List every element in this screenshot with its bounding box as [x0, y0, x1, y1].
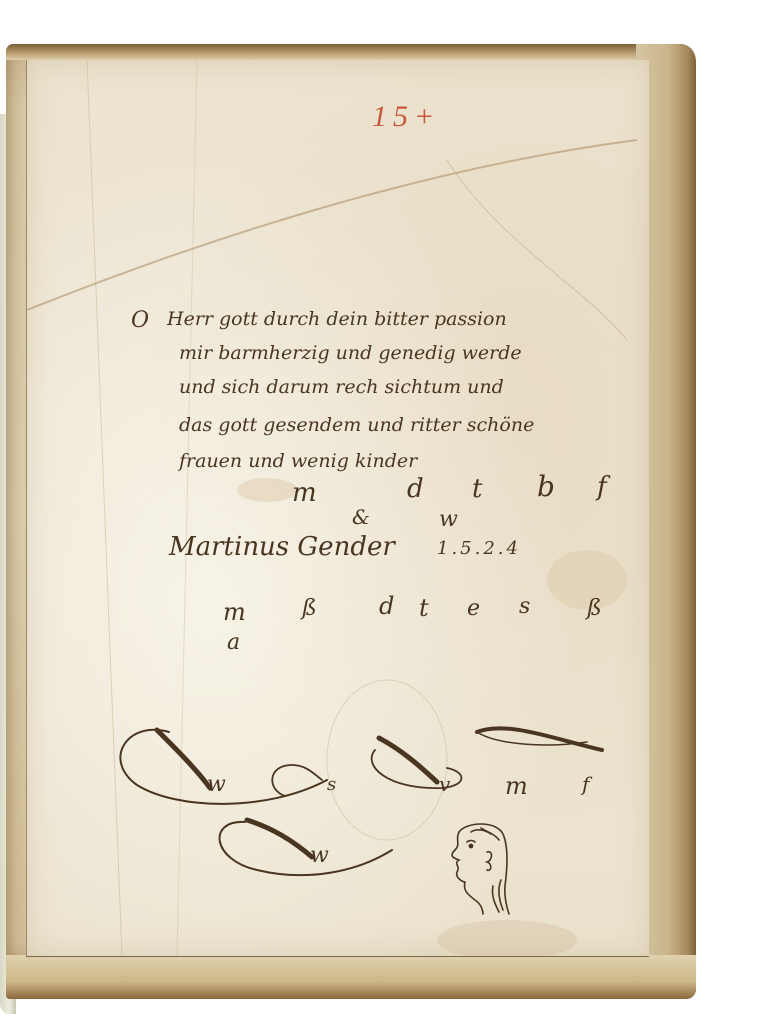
- flourish-letter: w: [310, 843, 329, 868]
- flourish-letter: w: [207, 772, 226, 797]
- cover-top-edge: [6, 44, 696, 60]
- flourish-letter: m: [505, 772, 528, 800]
- flourish-letter: f: [582, 772, 589, 796]
- manuscript-volume: 15+ O Herr gott durch dein bitter passio…: [0, 44, 700, 1002]
- cover-bottom-turn-in: [6, 955, 696, 999]
- flourish-letter: v: [439, 772, 450, 796]
- profile-head-sketch-icon: [441, 820, 521, 916]
- flourish-drawings: [27, 60, 649, 956]
- vellum-cover-turn-in: 15+ O Herr gott durch dein bitter passio…: [6, 44, 696, 999]
- flourish-letter: s: [327, 774, 336, 795]
- pastedown-leaf: 15+ O Herr gott durch dein bitter passio…: [26, 60, 649, 957]
